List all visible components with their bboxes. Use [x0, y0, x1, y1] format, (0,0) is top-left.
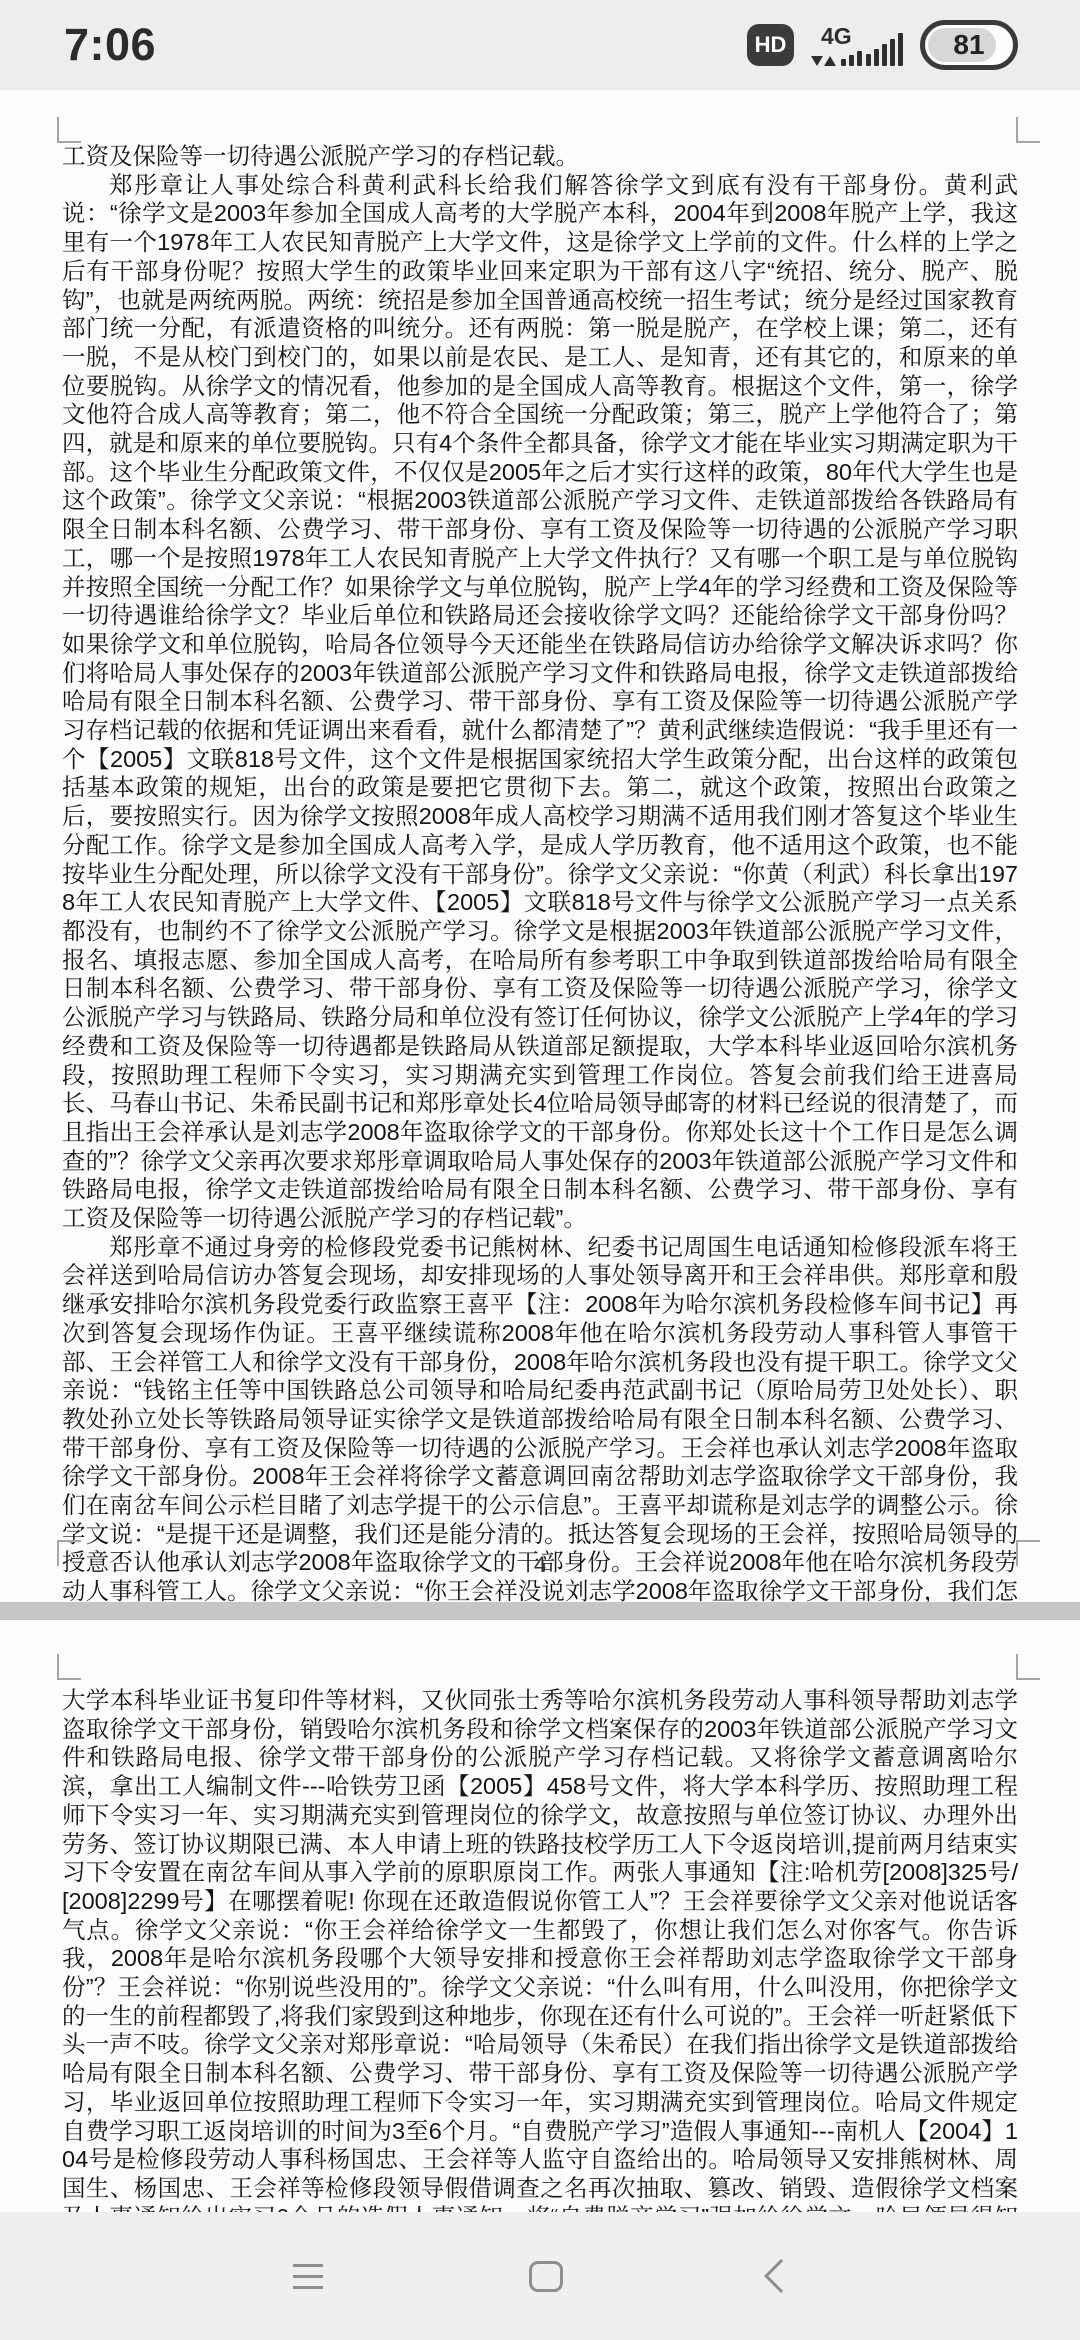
- paragraph: 郑彤章不通过身旁的检修段党委书记熊树林、纪委书记周国生电话通知检修段派车将王会祥…: [62, 1233, 1018, 1602]
- recents-button[interactable]: [283, 2254, 333, 2299]
- page-separator: [0, 1602, 1080, 1620]
- battery-percent: 81: [925, 25, 1013, 65]
- page-number: 4: [0, 1552, 1080, 1578]
- document-page-2: 大学本科毕业证书复印件等材料，又伙同张士秀等哈尔滨机务段劳动人事科领导帮助刘志学…: [0, 1620, 1080, 2212]
- signal-cluster: 4G: [811, 25, 903, 66]
- menu-icon: [293, 2264, 323, 2289]
- system-navigation-bar: [0, 2212, 1080, 2340]
- battery-icon: 81: [920, 20, 1018, 70]
- sim1-signal-bars-icon: [841, 51, 862, 66]
- text-boundary-mark-icon: [57, 1654, 81, 1680]
- status-bar: 7:06 HD 4G 81: [0, 0, 1080, 90]
- document-viewport[interactable]: 工资及保险等一切待遇公派脱产学习的存档记载。 郑彤章让人事处综合科黄利武科长给我…: [0, 90, 1080, 2212]
- status-time: 7:06: [64, 19, 156, 71]
- text-boundary-mark-icon: [1016, 117, 1040, 143]
- home-button[interactable]: [519, 2251, 573, 2302]
- text-boundary-mark-icon: [1016, 1654, 1040, 1680]
- paragraph-continuation: 大学本科毕业证书复印件等材料，又伙同张士秀等哈尔滨机务段劳动人事科领导帮助刘志学…: [62, 1686, 1018, 2212]
- phone-screen: 7:06 HD 4G 81: [0, 0, 1080, 2340]
- data-activity-arrows-icon: [811, 56, 836, 66]
- back-chevron-icon: [764, 2259, 798, 2293]
- document-page-1: 工资及保险等一切待遇公派脱产学习的存档记载。 郑彤章让人事处综合科黄利武科长给我…: [0, 90, 1080, 1602]
- sim2-signal-bars-icon: [866, 33, 903, 66]
- paragraph-continuation: 工资及保险等一切待遇公派脱产学习的存档记载。: [62, 142, 1018, 171]
- back-button[interactable]: [759, 2254, 797, 2298]
- network-type-label: 4G: [821, 25, 852, 48]
- paragraph: 郑彤章让人事处综合科黄利武科长给我们解答徐学文到底有没有干部身份。黄利武说：“徐…: [62, 171, 1018, 1233]
- text-boundary-mark-icon: [57, 117, 81, 143]
- status-icons: HD 4G 81: [747, 20, 1018, 70]
- home-icon: [529, 2261, 563, 2292]
- volte-hd-icon: HD: [747, 24, 794, 66]
